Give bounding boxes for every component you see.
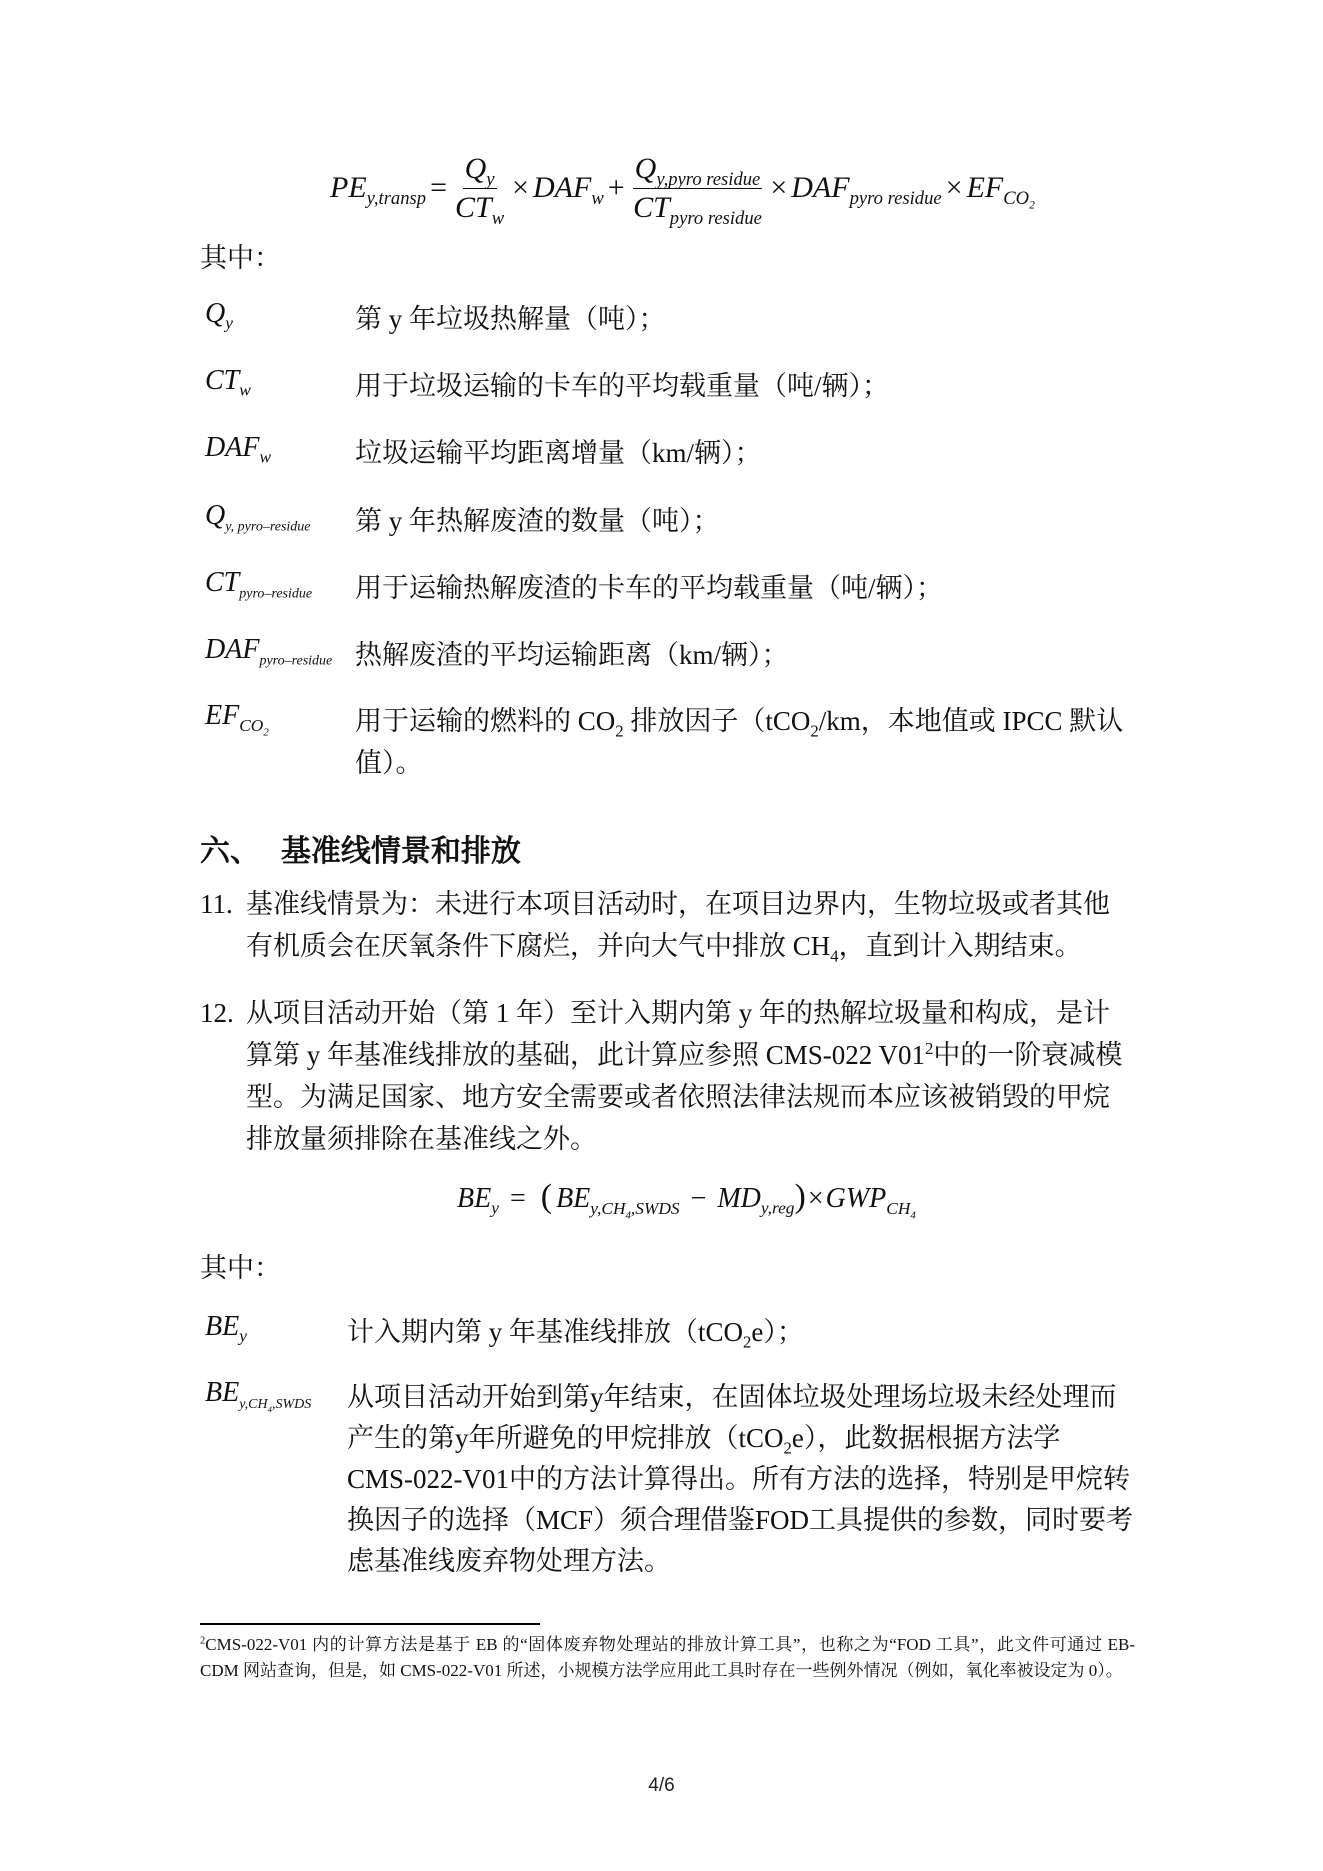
times-sign: ×: [512, 171, 529, 205]
definition-row: Qy 第 y 年垃圾热解量（吨）；: [205, 298, 1135, 340]
definition-row: Qy, pyro–residue 第 y 年热解废渣的数量（吨）；: [205, 500, 1135, 542]
plus-sign: +: [608, 171, 625, 205]
where-label: 其中：: [200, 236, 281, 275]
daf-w: DAFw: [533, 171, 604, 205]
definition-row: BEy 计入期内第 y 年基准线排放（tCO2e）；: [205, 1311, 1135, 1353]
daf-residue: DAFpyro residue: [791, 171, 941, 205]
definition-row: DAFpyro–residue 热解废渣的平均运输距离（km/辆）；: [205, 634, 1135, 676]
fraction-residue: Qy,pyro residue CTpyro residue: [633, 152, 763, 225]
footnote-divider: [200, 1623, 540, 1625]
paragraph-11: 11.基准线情景为：未进行本项目活动时，在项目边界内，生物垃圾或者其他 有机质会…: [200, 883, 1140, 967]
definition-row: BEy,CH4,SWDS 从项目活动开始到第y年结束，在固体垃圾处理场垃圾未经处…: [205, 1377, 1135, 1582]
paragraph-12: 12.从项目活动开始（第 1 年）至计入期内第 y 年的热解垃圾量和构成，是计 …: [200, 992, 1140, 1160]
definition-row: CTpyro–residue 用于运输热解废渣的卡车的平均载重量（吨/辆）；: [205, 567, 1135, 609]
ef-co2: EFCO2: [967, 171, 1035, 206]
times-sign: ×: [946, 171, 963, 205]
footnote: 2CMS-022-V01 内的计算方法是基于 EB 的“固体废弃物处理站的排放计…: [200, 1632, 1135, 1684]
definition-row: CTw 用于垃圾运输的卡车的平均载重量（吨/辆）；: [205, 365, 1135, 407]
page-number: 4/6: [0, 1775, 1323, 1797]
formula-lhs: PEy,transp: [330, 171, 426, 205]
equals-sign: =: [430, 171, 447, 205]
formula-pe-transp: PEy,transp = Qy CTw × DAFw + Qy,pyro res…: [330, 148, 1035, 228]
times-sign: ×: [770, 171, 787, 205]
definition-row: EFCO2 用于运输的燃料的 CO2 排放因子（tCO2/km，本地值或 IPC…: [205, 700, 1135, 784]
where-label: 其中：: [200, 1246, 281, 1285]
section-heading: 六、 基准线情景和排放: [200, 826, 521, 870]
definition-row: DAFw 垃圾运输平均距离增量（km/辆）；: [205, 432, 1135, 474]
formula-be-y: BEy = (BEy,CH4,SWDS − MDy,reg)×GWPCH4: [457, 1178, 916, 1216]
fraction-qy-ctw: Qy CTw: [455, 152, 504, 225]
